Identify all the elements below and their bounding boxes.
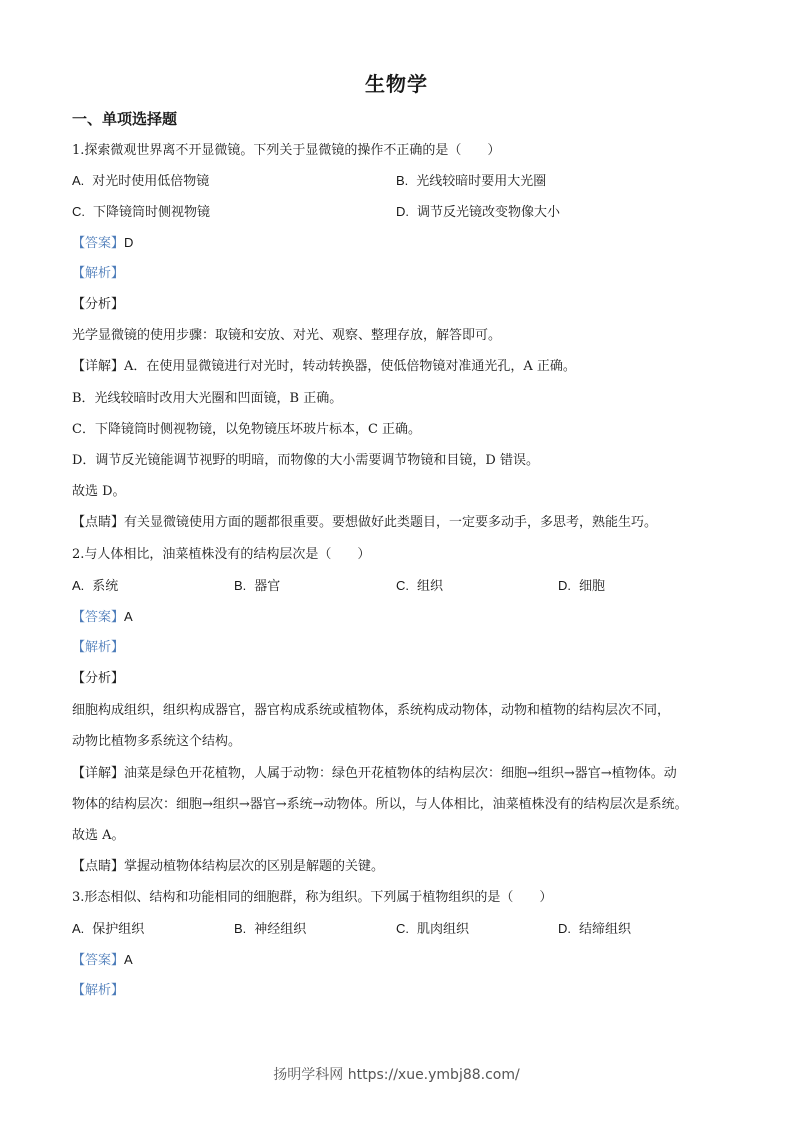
section-title: 一、单项选择题 — [72, 108, 177, 129]
q2-point: 【点睛】掌握动植物体结构层次的区别是解题的关键。 — [72, 858, 384, 876]
q1-option-d: D.调节反光镜改变物像大小 — [396, 203, 560, 222]
q1-point: 【点睛】有关显微镜使用方面的题都很重要。要想做好此类题目，一定要多动手，多思考，… — [72, 514, 657, 532]
q1-detail-b: B．光线较暗时改用大光圈和凹面镜，B 正确。 — [72, 390, 342, 408]
q3-option-a: A.保护组织 — [72, 920, 144, 939]
q2-detail-line-2: 物体的结构层次：细胞→组织→器官→系统→动物体。所以，与人体相比，油菜植株没有的… — [72, 796, 688, 814]
q1-option-c: C.下降镜筒时侧视物镜 — [72, 203, 210, 222]
q2-fenxi-line-1: 细胞构成组织，组织构成器官，器官构成系统或植物体，系统构成动物体，动物和植物的结… — [72, 702, 670, 720]
q3-analysis-tag: 【解析】 — [72, 982, 124, 1000]
q1-fenxi-tag: 【分析】 — [72, 296, 124, 314]
q1-option-a: A.对光时使用低倍物镜 — [72, 172, 209, 191]
q2-option-a: A.系统 — [72, 577, 118, 596]
q2-fenxi-line-2: 动物比植物多系统这个结构。 — [72, 733, 241, 751]
q1-analysis-tag: 【解析】 — [72, 265, 124, 283]
q2-option-c: C.组织 — [396, 577, 443, 596]
q2-fenxi-tag: 【分析】 — [72, 670, 124, 688]
question-1-stem: 1.探索微观世界离不开显微镜。下列关于显微镜的操作不正确的是（ ） — [72, 142, 500, 160]
q3-option-d: D.结缔组织 — [558, 920, 631, 939]
q3-option-c: C.肌肉组织 — [396, 920, 469, 939]
question-3-stem: 3.形态相似、结构和功能相同的细胞群，称为组织。下列属于植物组织的是（ ） — [72, 889, 552, 907]
page-title: 生物学 — [0, 68, 793, 97]
q2-option-d: D.细胞 — [558, 577, 605, 596]
q3-answer: 【答案】A — [72, 951, 133, 970]
q3-option-b: B.神经组织 — [234, 920, 306, 939]
q2-detail-line-1: 【详解】油菜是绿色开花植物，人属于动物：绿色开花植物体的结构层次：细胞→组织→器… — [72, 765, 677, 783]
q2-option-b: B.器官 — [234, 577, 280, 596]
q1-detail-d: D．调节反光镜能调节视野的明暗，而物像的大小需要调节物镜和目镜，D 错误。 — [72, 452, 539, 470]
q1-detail-a: 【详解】A．在使用显微镜进行对光时，转动转换器，使低倍物镜对准通光孔，A 正确。 — [72, 358, 576, 376]
q1-detail-c: C．下降镜筒时侧视物镜，以免物镜压坏玻片标本，C 正确。 — [72, 421, 421, 439]
footer-watermark: 扬明学科网 https://xue.ymbj88.com/ — [0, 1064, 793, 1084]
q2-analysis-tag: 【解析】 — [72, 639, 124, 657]
q2-answer: 【答案】A — [72, 608, 133, 627]
q1-conclusion: 故选 D。 — [72, 483, 126, 501]
q2-conclusion: 故选 A。 — [72, 827, 125, 845]
q1-option-b: B.光线较暗时要用大光圈 — [396, 172, 546, 191]
q1-answer: 【答案】D — [72, 234, 133, 253]
question-2-stem: 2.与人体相比，油菜植株没有的结构层次是（ ） — [72, 546, 370, 564]
q1-fenxi: 光学显微镜的使用步骤：取镜和安放、对光、观察、整理存放，解答即可。 — [72, 327, 501, 345]
